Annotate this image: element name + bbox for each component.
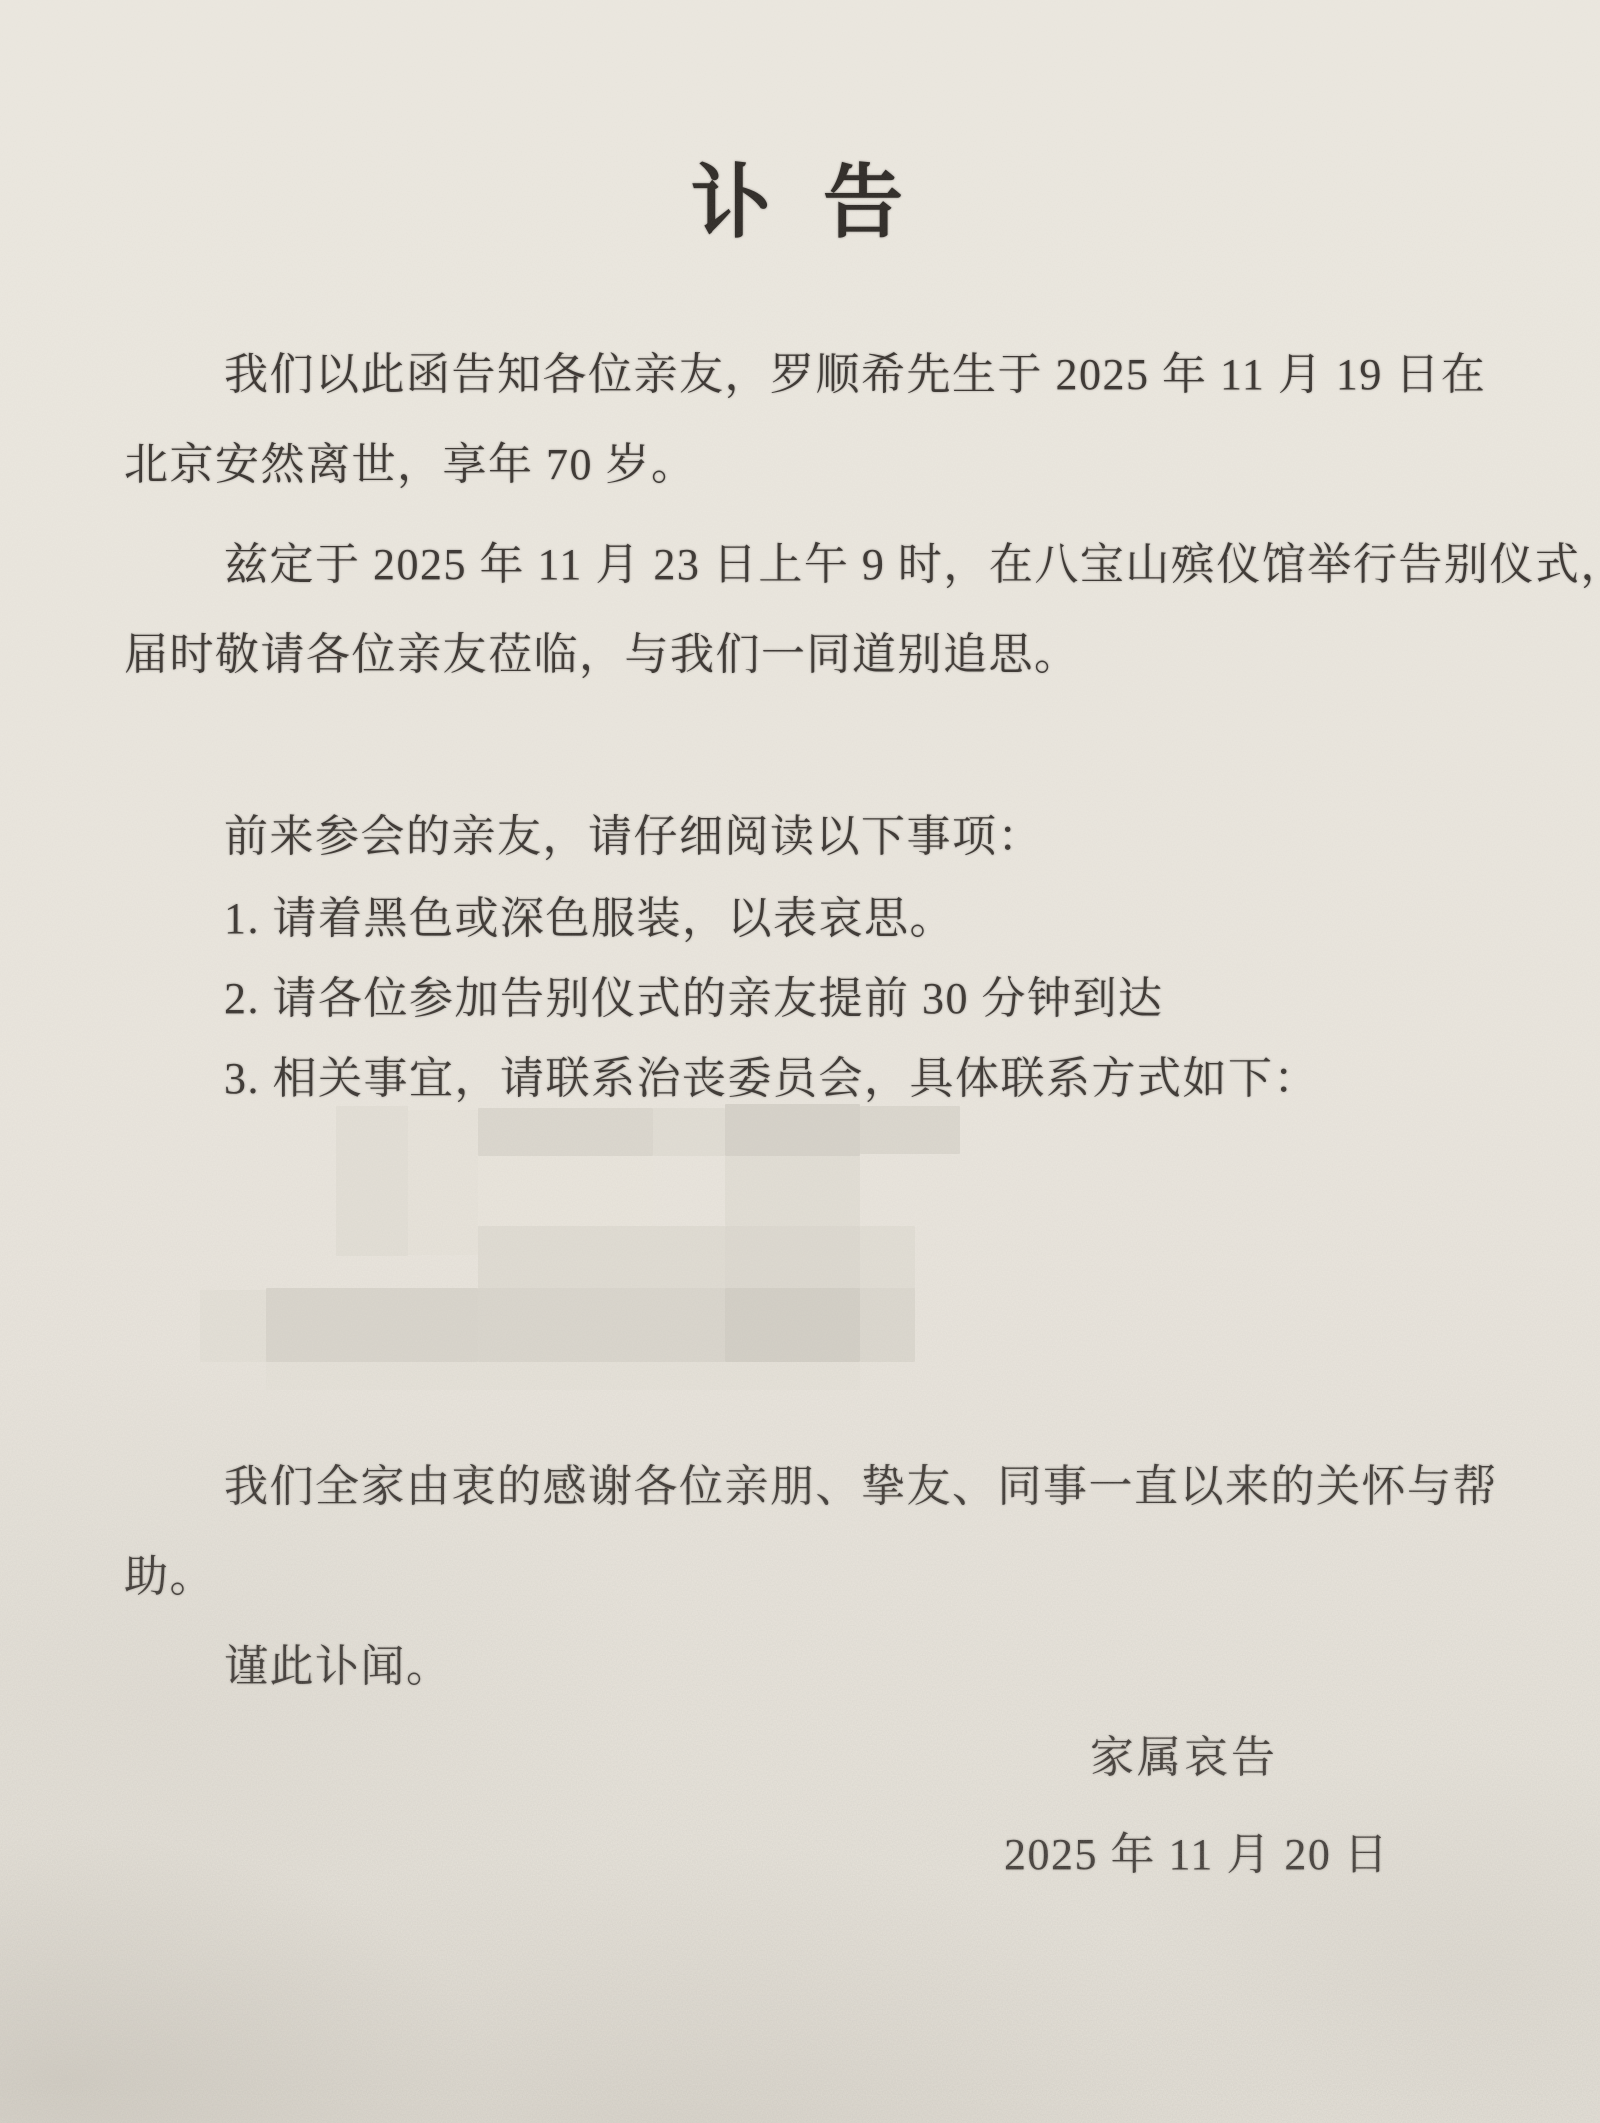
text-line: 我们全家由衷的感谢各位亲朋、挚友、同事一直以来的关怀与帮 xyxy=(224,1462,1498,1513)
text-line: 谨此讣闻。 xyxy=(224,1642,452,1693)
redaction-block xyxy=(336,1106,408,1256)
redaction-block xyxy=(200,1290,266,1362)
text-line: 北京安然离世，享年 70 岁。 xyxy=(124,440,697,491)
redaction-block xyxy=(860,1106,960,1154)
text-line: 2. 请各位参加告别仪式的亲友提前 30 分钟到达 xyxy=(224,974,1164,1025)
text-line: 我们以此函告知各位亲友，罗顺希先生于 2025 年 11 月 19 日在 xyxy=(224,350,1486,401)
redaction-block xyxy=(478,1108,653,1156)
text-line: 兹定于 2025 年 11 月 23 日上午 9 时，在八宝山殡仪馆举行告别仪式… xyxy=(224,540,1600,591)
text-line: 届时敬请各位亲友莅临，与我们一同道别追思。 xyxy=(124,630,1080,681)
redaction-block xyxy=(653,1108,725,1156)
redaction-block xyxy=(860,1226,915,1290)
text-line: 1. 请着黑色或深色服装，以表哀思。 xyxy=(224,894,955,945)
redaction-block xyxy=(408,1110,478,1255)
redaction-block xyxy=(266,1362,860,1390)
redaction-block xyxy=(725,1156,860,1226)
redaction-block xyxy=(725,1104,860,1156)
text-line: 3. 相关事宜，请联系治丧委员会，具体联系方式如下： xyxy=(224,1054,1319,1105)
date-line: 2025 年 11 月 20 日 xyxy=(1004,1830,1389,1881)
redaction-block xyxy=(478,1288,725,1362)
text-line: 助。 xyxy=(124,1552,215,1603)
text-line: 前来参会的亲友，请仔细阅读以下事项： xyxy=(224,812,1043,863)
redaction-block xyxy=(725,1226,860,1290)
signature: 家属哀告 xyxy=(1090,1733,1278,1784)
redaction-block xyxy=(860,1288,915,1362)
redaction-block xyxy=(478,1226,725,1290)
document-title: 讣 告 xyxy=(0,156,1600,252)
redaction-block xyxy=(266,1288,478,1362)
redaction-block xyxy=(725,1288,860,1362)
obituary-document: 讣 告 我们以此函告知各位亲友，罗顺希先生于 2025 年 11 月 19 日在… xyxy=(0,0,1600,2123)
redaction-block xyxy=(478,1156,653,1226)
